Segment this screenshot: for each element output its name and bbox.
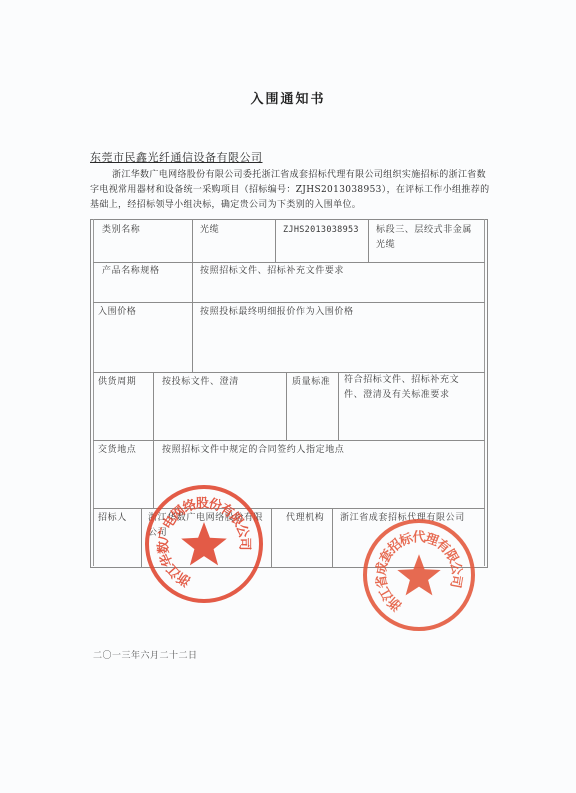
tenderer-seal-stamp: 浙江华数广电网络股份有限公司 (144, 484, 264, 604)
col-divider (192, 219, 193, 262)
col-divider (153, 372, 154, 440)
quality-label: 质量标准 (292, 375, 330, 390)
col-divider (141, 508, 142, 568)
agency-label: 代理机构 (286, 511, 324, 526)
row-divider (93, 302, 485, 303)
document-title: 入围通知书 (0, 88, 576, 107)
row-divider (93, 262, 485, 263)
svg-text:司: 司 (447, 574, 465, 590)
col-divider (271, 508, 272, 568)
svg-text:司: 司 (237, 537, 253, 550)
category-label: 类别名称 (102, 223, 140, 238)
col-divider (192, 262, 193, 372)
category-value: 光缆 (200, 223, 219, 238)
col-divider (338, 372, 339, 440)
col-divider (286, 372, 287, 440)
agency-seal-stamp: 浙江省成套招标代理有限公司 (362, 518, 476, 632)
row-divider (93, 440, 485, 441)
price-value: 按照投标最终明细报价作为入围价格 (200, 305, 354, 320)
quality-value: 符合招标文件、招标补充文件、澄清及有关标准要求 (344, 373, 474, 403)
supply-period-label: 供货周期 (98, 375, 136, 390)
notice-body: 浙江华数广电网络股份有限公司委托浙江省成套招标代理有限公司组织实施招标的浙江省数… (90, 168, 490, 213)
document-page: 入围通知书 东莞市民鑫光纤通信设备有限公司 浙江华数广电网络股份有限公司委托浙江… (0, 0, 576, 793)
product-spec-label: 产品名称规格 (102, 264, 160, 279)
delivery-label: 交货地点 (98, 443, 136, 458)
col-divider (368, 219, 369, 262)
col-divider (332, 508, 333, 568)
tenderer-label: 招标人 (98, 511, 127, 526)
price-label: 入围价格 (98, 305, 136, 320)
supply-period-value: 按投标文件、澄清 (162, 375, 239, 390)
col-divider (275, 219, 276, 262)
recipient-company: 东莞市民鑫光纤通信设备有限公司 (90, 149, 263, 165)
delivery-value: 按照招标文件中规定的合同签约人指定地点 (162, 443, 344, 458)
tender-number: ZJHS2013038953 (283, 223, 359, 238)
product-spec-value: 按照招标文件、招标补充文件要求 (200, 264, 344, 279)
issue-date: 二〇一三年六月二十二日 (93, 648, 198, 661)
lot-value: 标段三、层绞式非金属光缆 (376, 223, 476, 253)
